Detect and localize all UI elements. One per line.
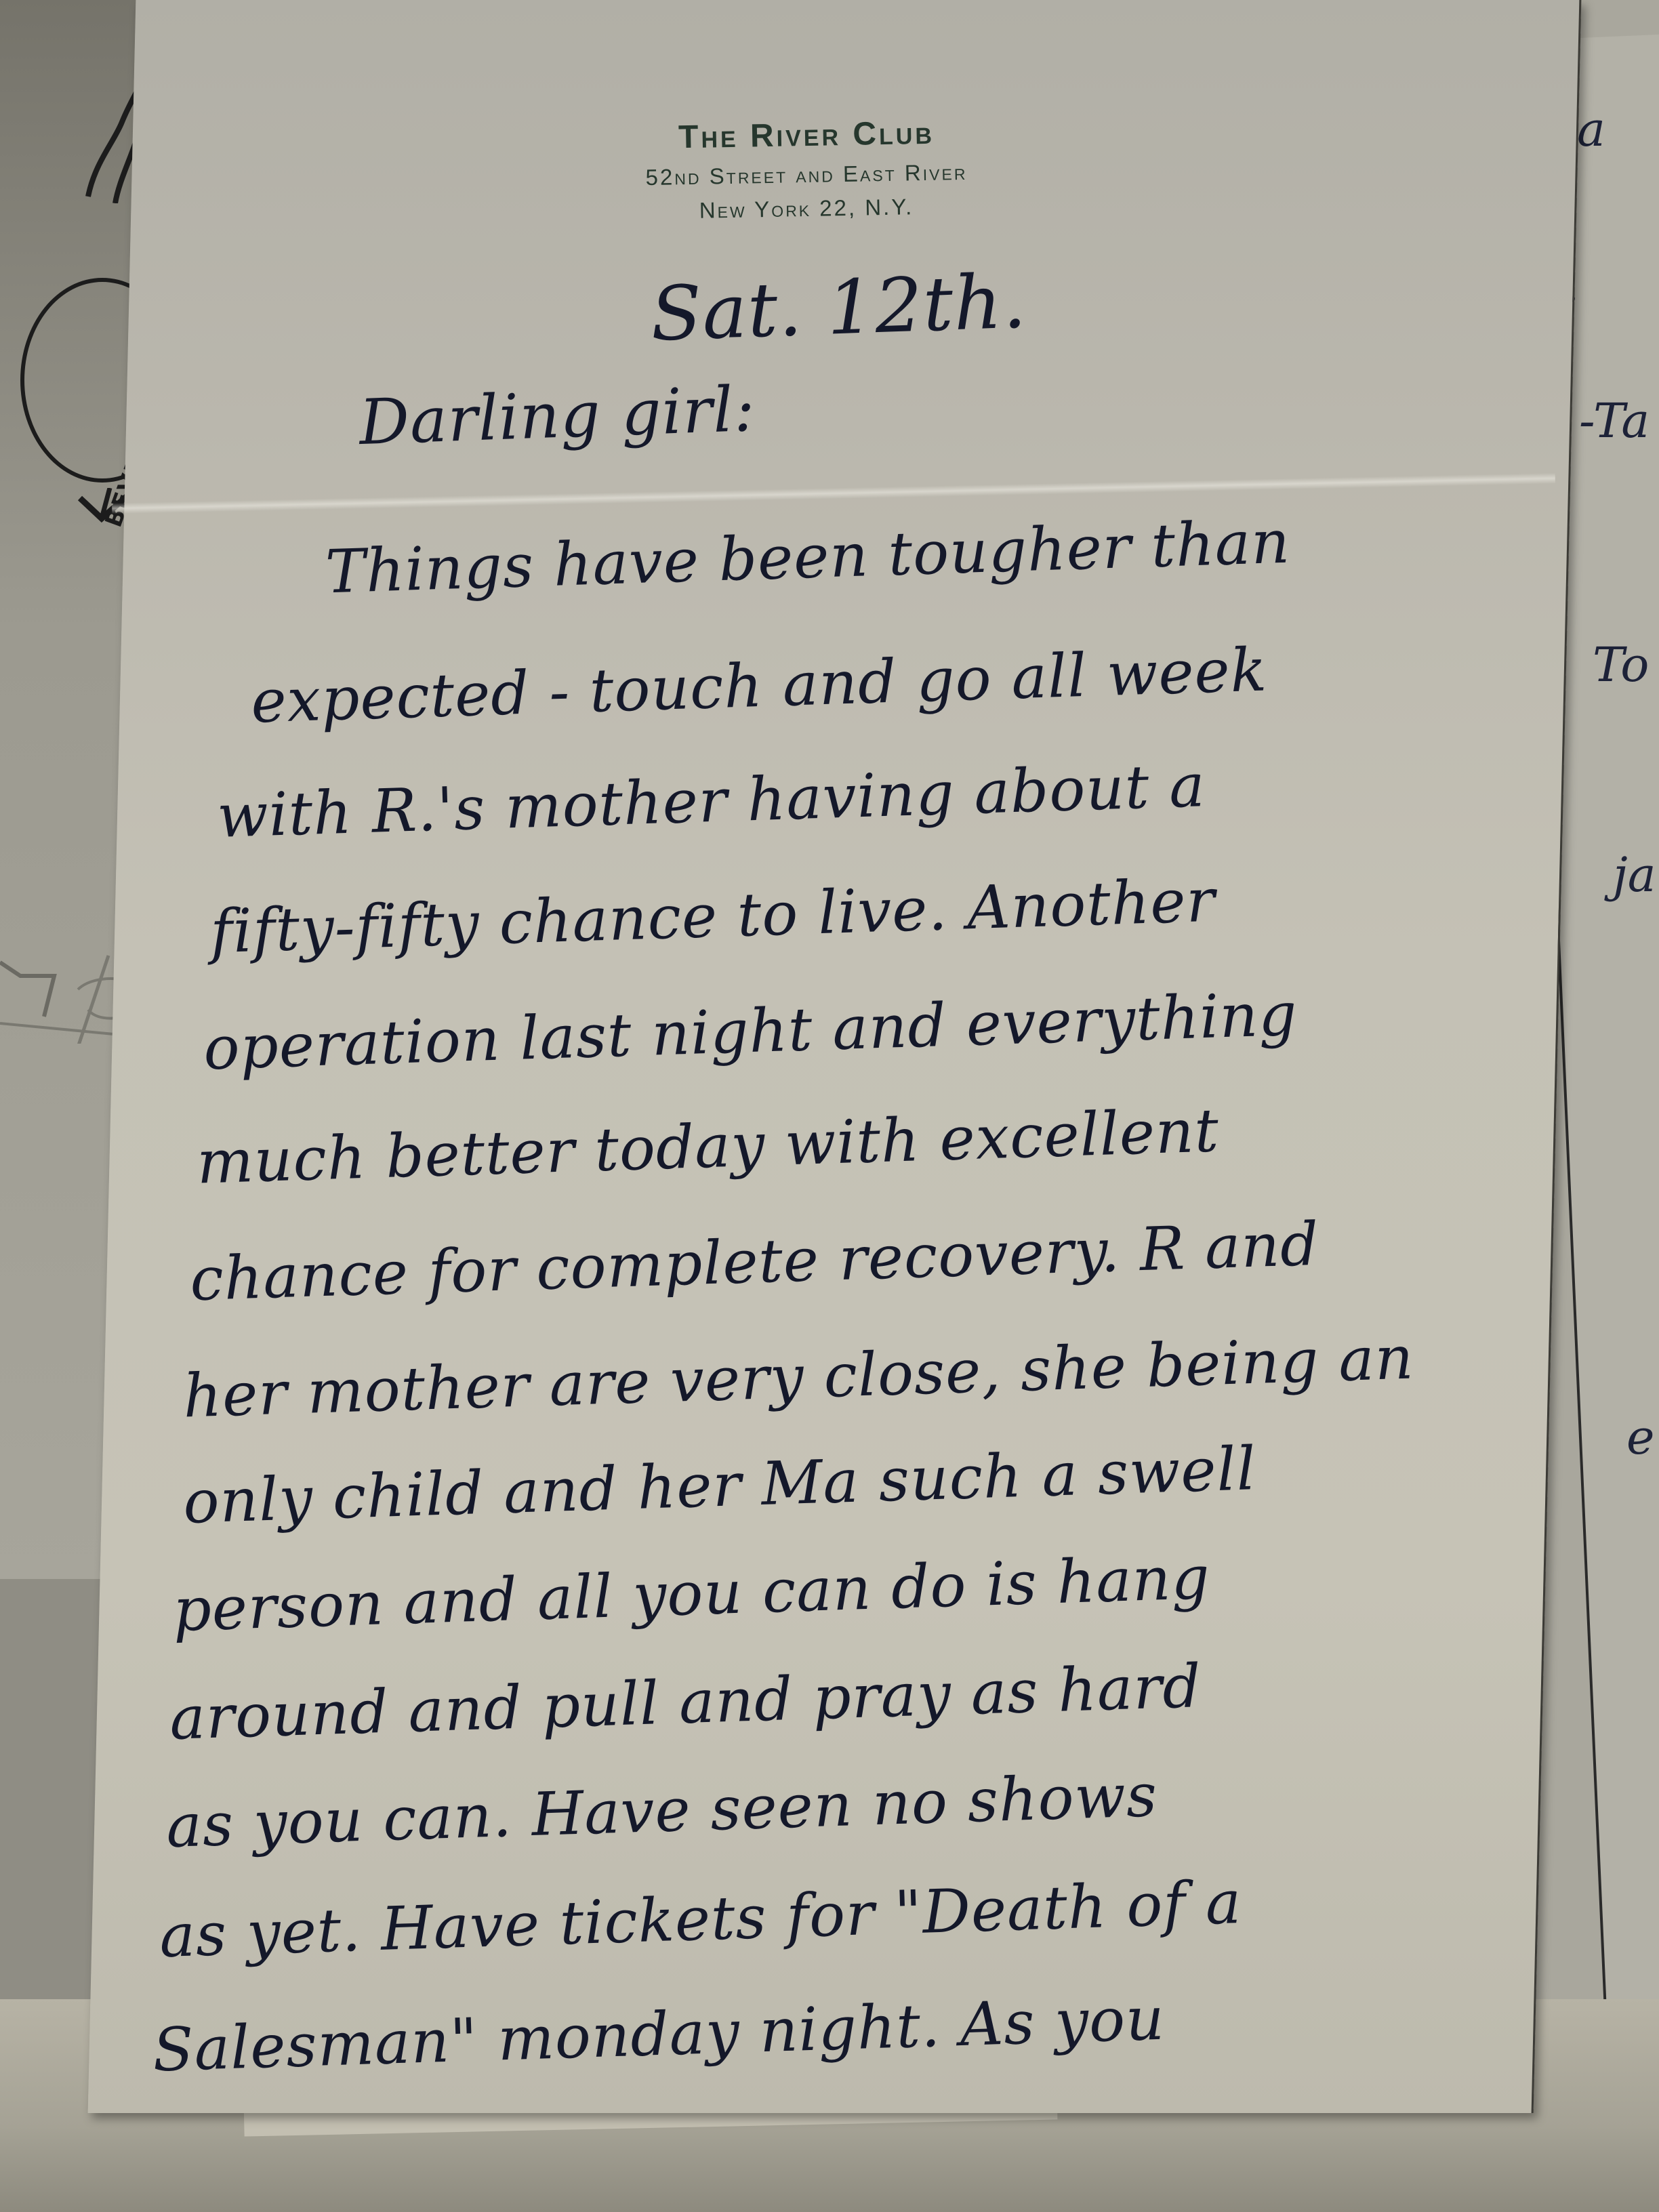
- letterhead-title: The River Club: [529, 112, 1085, 159]
- underlying-letter-text: e: [1626, 1410, 1654, 1465]
- letterhead-address-street: 52nd Street and East River: [529, 157, 1085, 192]
- underlying-letter-text: ja: [1613, 847, 1656, 903]
- underlying-letter-text: To: [1593, 637, 1649, 693]
- underlying-letter-text: -Ta: [1579, 393, 1650, 449]
- letter-salutation: Darling girl:: [358, 373, 756, 459]
- letterhead: The River Club 52nd Street and East Rive…: [529, 117, 1084, 222]
- letter-date: Sat. 12th.: [649, 258, 1028, 357]
- letterhead-address-city: New York 22, N.Y.: [529, 191, 1085, 226]
